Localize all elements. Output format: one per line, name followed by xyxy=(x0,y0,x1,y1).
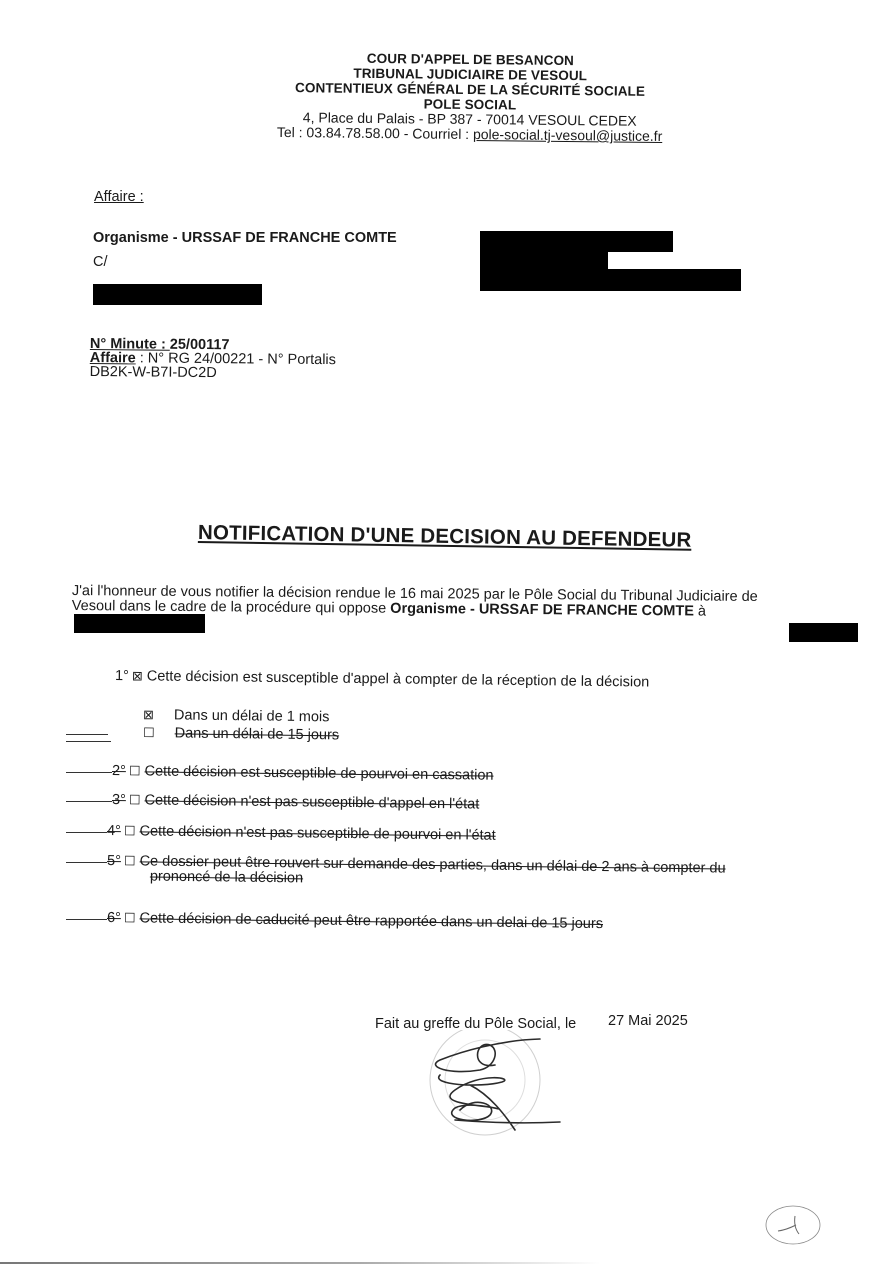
strike-leader-line xyxy=(66,832,107,833)
checked-box-icon[interactable]: ⊠ xyxy=(132,668,143,684)
decision-option: 2°☐Cette décision est susceptible de pou… xyxy=(112,763,494,784)
signature-icon xyxy=(436,1039,560,1130)
intro-plaintiff: Organisme - URSSAF DE FRANCHE COMTE xyxy=(390,601,694,620)
option-text: Dans un délai de 1 mois xyxy=(174,707,330,725)
option-text: Cette décision n'est pas susceptible de … xyxy=(139,823,495,843)
option-text: Cette décision de caducité peut être rap… xyxy=(139,910,603,932)
decision-option: 6°☐Cette décision de caducité peut être … xyxy=(107,910,603,932)
option-number: 1° xyxy=(115,668,129,684)
unchecked-box-icon[interactable]: ☐ xyxy=(124,853,136,869)
signature-and-stamp xyxy=(420,1030,570,1140)
redacted-address-line-1 xyxy=(480,231,673,252)
email-link[interactable]: pole-social.tj-vesoul@justice.fr xyxy=(473,126,662,144)
option-number: 2° xyxy=(112,763,126,779)
case-references: N° Minute : 25/00117 Affaire : N° RG 24/… xyxy=(90,337,336,381)
redacted-defendant-name xyxy=(93,284,262,305)
unchecked-box-icon[interactable]: ☐ xyxy=(124,910,136,926)
option-number: 5° xyxy=(107,853,121,869)
court-header: COUR D'APPEL DE BESANCON TRIBUNAL JUDICI… xyxy=(250,50,691,145)
decision-option: 3°☐Cette décision n'est pas susceptible … xyxy=(112,792,479,812)
option-text: Cette décision est susceptible de pourvo… xyxy=(144,763,493,783)
redacted-intro-start xyxy=(74,614,205,633)
unchecked-box-icon[interactable]: ☐ xyxy=(129,763,141,779)
page-bottom-rule xyxy=(0,1262,600,1264)
document-title: NOTIFICATION D'UNE DECISION AU DEFENDEUR xyxy=(198,521,692,553)
affaire-label: Affaire : xyxy=(94,189,144,205)
court-contact: Tel : 03.84.78.58.00 - Courriel : pole-s… xyxy=(250,125,690,145)
option-text: Cette décision n'est pas susceptible d'a… xyxy=(144,792,479,812)
decision-option: 4°☐Cette décision n'est pas susceptible … xyxy=(107,823,496,844)
strike-leader-line xyxy=(66,862,107,863)
plaintiff-name: Organisme - URSSAF DE FRANCHE COMTE xyxy=(93,230,397,246)
tel-label: Tel : 03.84.78.58.00 - Courriel : xyxy=(277,124,473,142)
strike-leader-line xyxy=(66,801,112,802)
decision-option: 1°⊠Cette décision est susceptible d'appe… xyxy=(115,668,649,691)
unchecked-box-icon[interactable]: ☐ xyxy=(124,823,136,839)
signature-date: 27 Mai 2025 xyxy=(608,1013,688,1029)
option-text: Cette décision est susceptible d'appel à… xyxy=(147,668,650,690)
checked-box-icon[interactable]: ⊠ xyxy=(143,707,154,723)
unchecked-box-icon[interactable]: ☐ xyxy=(129,792,141,808)
versus-label: C/ xyxy=(93,254,108,270)
option-number: 6° xyxy=(107,910,121,926)
option-number: 3° xyxy=(112,792,126,808)
strike-leader-line xyxy=(66,919,107,920)
redacted-defendant-intro xyxy=(789,623,858,642)
strike-leader-line xyxy=(66,734,108,735)
strike-leader-line xyxy=(66,741,111,742)
page-number-mark xyxy=(764,1203,824,1248)
redacted-address-line-3 xyxy=(480,269,741,291)
decision-option: 5°☐Ce dossier peut être rouvert sur dema… xyxy=(107,853,726,892)
intro-end: à xyxy=(694,603,706,619)
strike-leader-line xyxy=(66,772,112,773)
option-text-continued: prononcé de la décision xyxy=(150,869,303,887)
option-number: 4° xyxy=(107,823,121,839)
redacted-address-line-2 xyxy=(480,252,608,270)
unchecked-box-icon[interactable]: ☐ xyxy=(143,725,155,741)
option-text: Dans un délai de 15 jours xyxy=(175,725,340,743)
decision-option: ☐Dans un délai de 15 jours xyxy=(140,725,339,743)
decision-option: ⊠Dans un délai de 1 mois xyxy=(140,707,330,725)
